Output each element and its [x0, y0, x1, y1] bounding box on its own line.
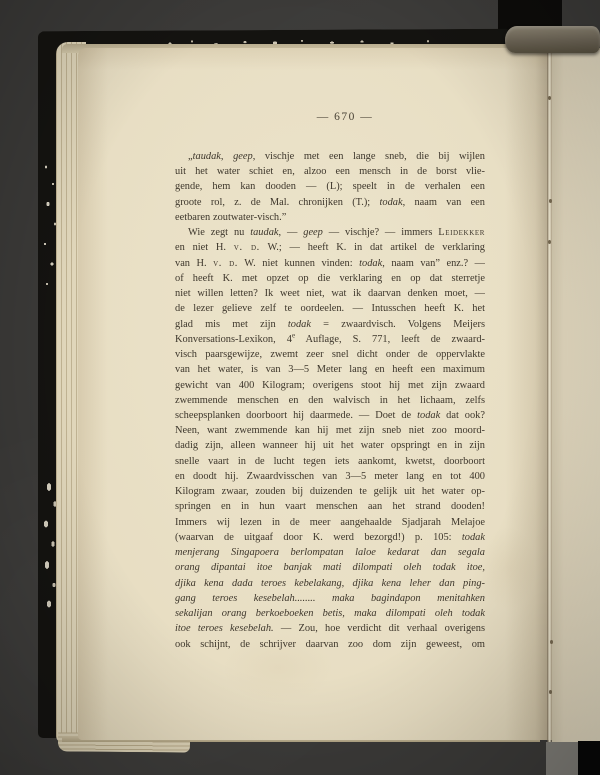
body-text: de lezer gelieve zelf te oordeelen. — In… — [175, 303, 485, 314]
text-line: djika kena dada teroes kebelakang, djika… — [175, 576, 485, 591]
spine-headcap — [505, 26, 600, 53]
body-text: , — [221, 151, 233, 162]
body-text: zwemmende menschen en den walvisch in he… — [175, 395, 485, 406]
text-line: gang teroes kesebelah........ maka bagin… — [175, 591, 485, 606]
text-line: Konversations-Lexikon, 4e Auflage, S. 77… — [175, 332, 485, 347]
italic-text: geep — [233, 151, 253, 162]
italic-text: taudak — [193, 151, 221, 162]
body-text: Auflage, S. 771, leeft de zwaard- — [295, 334, 485, 345]
italic-text: djika kena dada teroes kebelakang, djika… — [175, 578, 485, 589]
body-text: Wie zegt nu — [188, 227, 250, 238]
facing-page-edge — [552, 50, 600, 744]
body-text: Neen, want zwemmende kan hij met zijn sn… — [175, 425, 485, 436]
italic-text: todak — [359, 258, 382, 269]
smallcaps-text: Leidekker — [438, 227, 485, 238]
page-gutter-crease — [547, 48, 552, 742]
text-line: en doodt hij. Zwaardvisschen van 3—5 met… — [175, 469, 485, 484]
italic-text: todak — [380, 197, 403, 208]
paragraph: „taudak, geep, vischje met een lange sne… — [175, 149, 485, 225]
body-text: groote rol, z. de Mal. chronijken (T.); — [175, 197, 380, 208]
text-line: orang dipantai itoe banjak mati dilompat… — [175, 560, 485, 575]
stitch-hole — [548, 96, 551, 100]
body-text: en niet H. — [175, 242, 234, 253]
background-black-patch — [578, 741, 600, 775]
body-text: van H. — [175, 258, 213, 269]
italic-text: todak — [288, 319, 311, 330]
text-line: en niet H. v. d. W.; — heeft K. in dat a… — [175, 240, 485, 255]
text-line: van het water, is van 3—5 Meter lang en … — [175, 362, 485, 377]
body-text: — Zou, hoe verdicht dit verhaal overigen… — [274, 623, 485, 634]
body-text: Kilogram zwaar, zouden bij duizenden te … — [175, 486, 485, 497]
body-text: (waarvan de uitgaaf door K. werd bezorgd… — [175, 532, 462, 543]
italic-text: todak — [462, 532, 485, 543]
body-text: — vischje? — immers — [323, 227, 438, 238]
italic-text: itoe teroes kesebelah. — [175, 623, 274, 634]
italic-text: todak — [417, 410, 440, 421]
italic-text: gang teroes kesebelah........ maka bagin… — [175, 593, 485, 604]
body-text: van het water, is van 3—5 Meter lang en … — [175, 364, 485, 375]
body-text: uit het water schiet en, alzoo een mensc… — [175, 166, 485, 177]
text-line: Immers wij lezen in de meer aangehaalde … — [175, 515, 485, 530]
text-line: glad mis met zijn todak = zwaardvisch. V… — [175, 317, 485, 332]
text-line: Kilogram zwaar, zouden bij duizenden te … — [175, 484, 485, 499]
text-line: springen en in hun vaart menschen aan he… — [175, 499, 485, 514]
text-line: ook schijnt, de schrijver daarvan zoo do… — [175, 637, 485, 652]
body-text: , naam van” enz.? — — [382, 258, 485, 269]
page-number: — 670 — — [190, 111, 500, 123]
body-text: dadig zijn, alleen wanneer hij uit het w… — [175, 440, 485, 451]
stitch-hole — [550, 640, 553, 644]
body-text: eetbaren zoutwater-visch.” — [175, 212, 286, 223]
text-line: Neen, want zwemmende kan hij met zijn sn… — [175, 423, 485, 438]
text-line: eetbaren zoutwater-visch.” — [175, 210, 485, 225]
body-text: glad mis met zijn — [175, 319, 288, 330]
text-line: niet willen letten? Ik weet niet, wat ik… — [175, 286, 485, 301]
italic-text: geep — [303, 227, 323, 238]
italic-text: menjerang Singapoera berlompatan laloe k… — [175, 547, 485, 558]
text-line: sekalijan orang berkoeboeken betis, maka… — [175, 606, 485, 621]
text-line: uit het water schiet en, alzoo een mensc… — [175, 164, 485, 179]
gutter-shadow — [505, 48, 548, 740]
italic-text: taudak — [250, 227, 278, 238]
text-line: van H. v. d. W. niet kunnen vinden: toda… — [175, 256, 485, 271]
text-line: „taudak, geep, vischje met een lange sne… — [175, 149, 485, 164]
body-text: niet willen letten? Ik weet niet, wat ik… — [175, 288, 485, 299]
body-text: Konversations-Lexikon, 4 — [175, 334, 292, 345]
text-line: scheepsplanken doorboort hij daarmede. —… — [175, 408, 485, 423]
text-line: visch paarsgewijze, zwemt zeer snel dich… — [175, 347, 485, 362]
italic-text: orang dipantai itoe banjak mati dilompat… — [175, 562, 485, 573]
text-line: gewicht van 400 Kilogram; overigens stoo… — [175, 378, 485, 393]
text-line: groote rol, z. de Mal. chronijken (T.); … — [175, 195, 485, 210]
stitch-hole — [548, 240, 551, 244]
body-text: en doodt hij. Zwaardvisschen van 3—5 met… — [175, 471, 485, 482]
text-line: de lezer gelieve zelf te oordeelen. — In… — [175, 301, 485, 316]
body-text: Immers wij lezen in de meer aangehaalde … — [175, 517, 485, 528]
text-line: dadig zijn, alleen wanneer hij uit het w… — [175, 438, 485, 453]
body-text: W.; — heeft K. in dat artikel de verklar… — [260, 242, 485, 253]
body-text: springen en in hun vaart menschen aan he… — [175, 501, 485, 512]
body-text: gewicht van 400 Kilogram; overigens stoo… — [175, 380, 485, 391]
text-line: itoe teroes kesebelah. — Zou, hoe verdic… — [175, 621, 485, 636]
text-line: (waarvan de uitgaaf door K. werd bezorgd… — [175, 530, 485, 545]
body-text: = zwaardvisch. Volgens Meijers — [311, 319, 485, 330]
background-strip — [546, 742, 582, 775]
body-text: of heeft K. met opzet op die verklaring … — [175, 273, 485, 284]
page-text: „taudak, geep, vischje met een lange sne… — [175, 149, 485, 652]
text-line: of heeft K. met opzet op die verklaring … — [175, 271, 485, 286]
body-text: visch paarsgewijze, zwemt zeer snel dich… — [175, 349, 485, 360]
text-line: gende, hem kan dooden — (L); speelt in d… — [175, 179, 485, 194]
body-text: snelle vaart in de lucht tegen iets aank… — [175, 456, 485, 467]
text-line: menjerang Singapoera berlompatan laloe k… — [175, 545, 485, 560]
italic-text: sekalijan orang berkoeboeken betis, maka… — [175, 608, 485, 619]
body-text: , — — [279, 227, 304, 238]
smallcaps-text: v. d. — [213, 258, 238, 269]
text-line: Wie zegt nu taudak, — geep — vischje? — … — [175, 225, 485, 240]
body-text: gende, hem kan dooden — (L); speelt in d… — [175, 181, 485, 192]
body-text: dat ook? — [440, 410, 485, 421]
stitch-hole — [549, 199, 552, 203]
text-line: snelle vaart in de lucht tegen iets aank… — [175, 454, 485, 469]
body-text: , vischje met een lange sneb, die bij wi… — [253, 151, 485, 162]
smallcaps-text: v. d. — [234, 242, 260, 253]
paragraph: Wie zegt nu taudak, — geep — vischje? — … — [175, 225, 485, 652]
body-text: W. niet kunnen vinden: — [238, 258, 359, 269]
body-text: ook schijnt, de schrijver daarvan zoo do… — [175, 639, 485, 650]
text-line: zwemmende menschen en den walvisch in he… — [175, 393, 485, 408]
book-scan: — 670 — „taudak, geep, vischje met een l… — [0, 0, 600, 775]
body-text: , naam van een — [403, 197, 485, 208]
stitch-hole — [549, 690, 552, 694]
body-text: scheepsplanken doorboort hij daarmede. —… — [175, 410, 417, 421]
